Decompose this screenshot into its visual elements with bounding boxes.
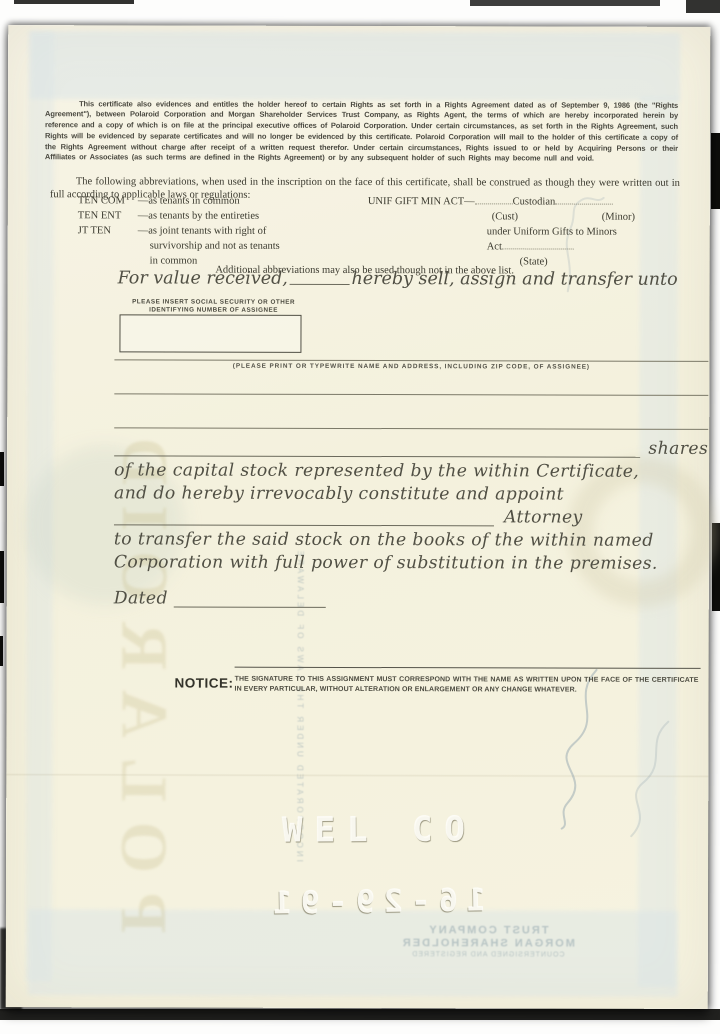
photo-edge-artifact: [0, 1009, 720, 1020]
abbreviations-list: TEN COM—as tenants in common TEN ENT—as …: [78, 193, 378, 269]
assignor-blank-line: [290, 283, 350, 285]
capital-stock-row: of the capital stock represented by the …: [114, 460, 708, 485]
photo-edge-artifact: [470, 0, 660, 6]
certificate-back: POLAROID INCORPORATED UNDER THE LAWS OF …: [6, 25, 711, 1009]
photo-edge-artifact: [0, 636, 3, 666]
assignee-address-line: [114, 393, 708, 396]
paper-crease: [6, 773, 708, 778]
ghost-border-left: [26, 31, 54, 981]
notice-label: NOTICE:: [175, 676, 234, 691]
punched-cancellation-row1: WEL CO: [282, 809, 477, 850]
transfer-clause-text: hereby sell, assign and transfer unto: [351, 269, 677, 290]
abbreviation-item-cont: survivorship and not as tenants: [150, 238, 378, 254]
attorney-label: Attorney: [504, 507, 583, 527]
ssn-entry-box: [119, 314, 301, 352]
dated-label: Dated: [114, 588, 168, 608]
photo-edge-artifact: [711, 133, 720, 209]
dated-row: Dated: [114, 588, 708, 613]
ghost-trust-line2: MORGAN SHAREHOLDER: [318, 937, 658, 951]
unif-under-row: under Uniform Gifts to Minors: [368, 224, 682, 240]
abbreviation-item: JT TEN—as joint tenants with right of: [78, 223, 378, 239]
unif-gift-min-act-block: UNIF GIFT MIN ACT—Custodian (Cust) (Mino…: [368, 194, 682, 270]
photo-edge-artifact: [14, 0, 134, 4]
photo-edge-artifact: [0, 551, 4, 603]
for-value-received-text: For value received,: [118, 268, 288, 288]
ghost-trust-line1: TRUST COMPANY: [318, 924, 658, 938]
signature-line: [235, 667, 701, 669]
shares-row: shares: [114, 437, 708, 462]
assignee-address-line: [114, 427, 708, 430]
abbreviation-item: TEN ENT—as tenants by the entireties: [78, 208, 378, 224]
ghost-transfer-agent-block: TRUST COMPANY MORGAN SHAREHOLDER COUNTER…: [318, 924, 658, 961]
dated-blank-line: [174, 606, 326, 608]
punched-cancellation-row2: 16-29-91: [264, 882, 486, 921]
photo-background: POLAROID INCORPORATED UNDER THE LAWS OF …: [0, 0, 720, 1034]
shares-blank-line: [114, 454, 640, 457]
rights-agreement-paragraph: This certificate also evidences and enti…: [45, 99, 678, 165]
ghost-countersigned-line: COUNTERSIGNED AND REGISTERED: [318, 950, 658, 961]
photo-edge-artifact: [686, 0, 720, 13]
photo-edge-artifact: [0, 452, 4, 486]
attorney-blank-line: [114, 523, 494, 526]
ghost-border-bottom: [28, 909, 678, 997]
notice-text: THE SIGNATURE TO THIS ASSIGNMENT MUST CO…: [235, 675, 699, 695]
ghost-signature-icon: [610, 712, 687, 859]
ghost-border-top: [30, 31, 680, 101]
attorney-row: Attorney: [114, 506, 708, 531]
shares-label: shares: [648, 439, 708, 459]
for-value-received-line: For value received, hereby sell, assign …: [118, 268, 678, 289]
unif-act-row: Act: [368, 239, 682, 255]
abbreviation-item: TEN COM—as tenants in common: [78, 193, 378, 209]
premises-row: Corporation with full power of substitut…: [114, 552, 708, 577]
photo-edge-artifact: [712, 523, 720, 611]
unif-label-row: UNIF GIFT MIN ACT—Custodian: [368, 194, 682, 210]
print-typewrite-caption: (PLEASE PRINT OR TYPEWRITE NAME AND ADDR…: [114, 362, 708, 371]
ssn-instruction-label: PLEASE INSERT SOCIAL SECURITY OR OTHER I…: [114, 298, 314, 315]
transfer-books-row: to transfer the said stock on the books …: [114, 529, 708, 554]
unif-cust-minor-row: (Cust) (Minor): [368, 209, 682, 225]
assignment-script-block: shares of the capital stock represented …: [114, 437, 708, 613]
assignee-name-line: [114, 359, 708, 362]
constitute-row: and do hereby irrevocably constitute and…: [114, 483, 708, 508]
